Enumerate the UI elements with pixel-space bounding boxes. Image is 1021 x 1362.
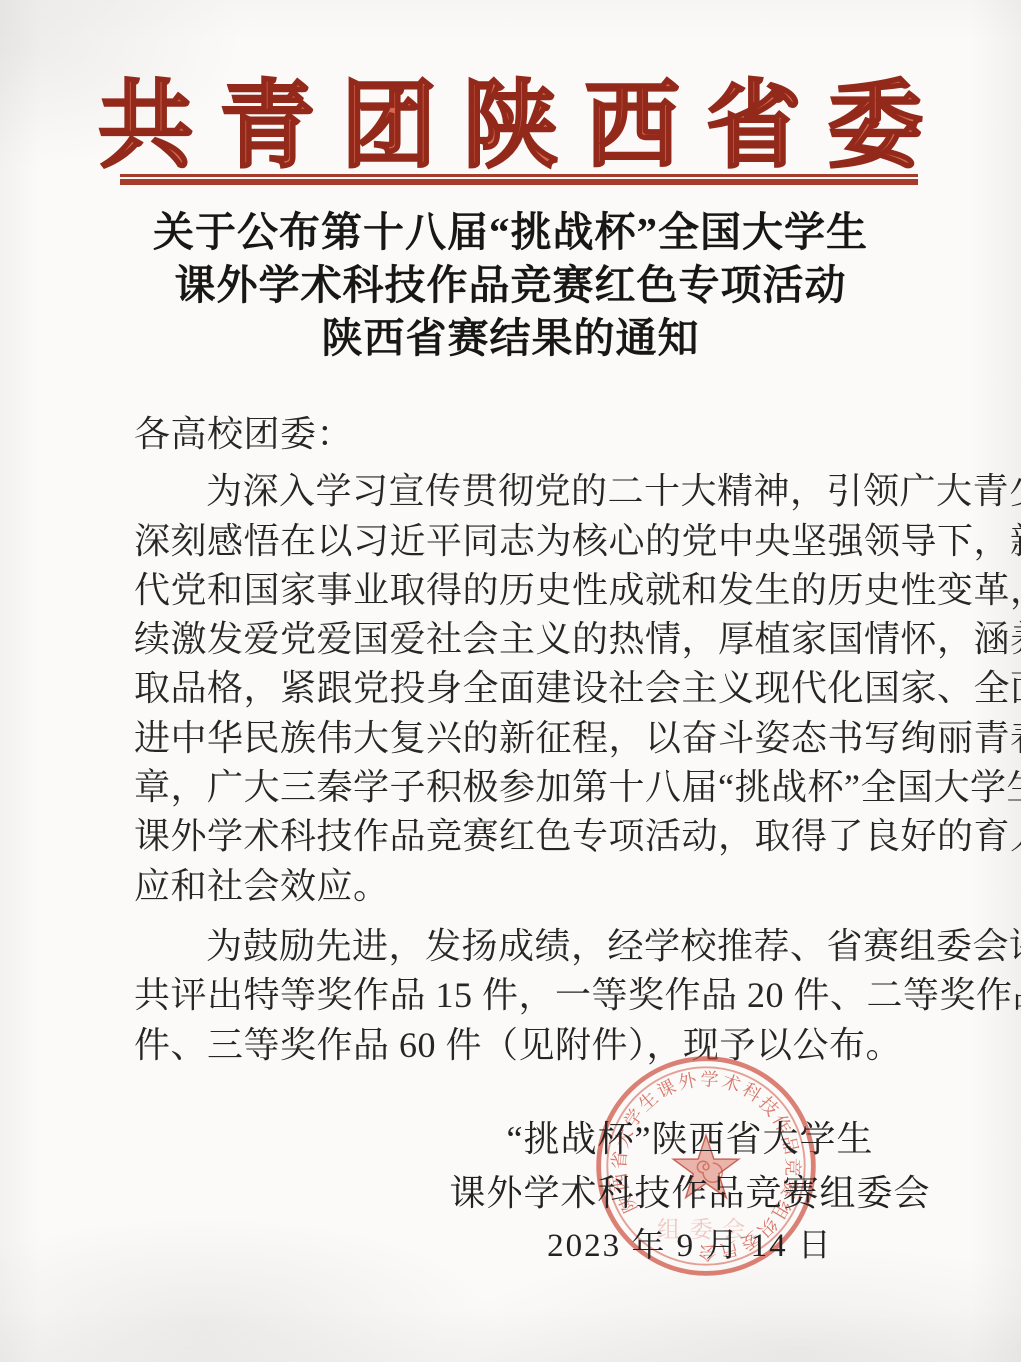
paragraph1-line: 代党和国家事业取得的历史性成就和发生的历史性变革，持: [134, 566, 919, 615]
paragraph1-line: 续激发爱党爱国爱社会主义的热情，厚植家国情怀，涵养进: [134, 615, 919, 664]
document-title: 关于公布第十八届“挑战杯”全国大学生 课外学术科技作品竞赛红色专项活动 陕西省赛…: [0, 206, 1021, 365]
paragraph1-line: 深刻感悟在以习近平同志为核心的党中央坚强领导下，新时: [134, 517, 919, 566]
paragraph2-line: 共评出特等奖作品 15 件，一等奖作品 20 件、二等奖作品 30: [134, 971, 919, 1020]
signature-block: “挑战杯”陕西省大学生 课外学术科技作品竞赛组委会 2023 年 9 月 14 …: [380, 1112, 1000, 1270]
paragraph2-line: 为鼓励先进，发扬成绩，经学校推荐、省赛组委会评选，: [134, 922, 919, 971]
letterhead-separator-rule: [120, 174, 918, 185]
paragraph1-line: 取品格，紧跟党投身全面建设社会主义现代化国家、全面推: [134, 664, 919, 713]
salutation: 各高校团委：: [134, 410, 919, 459]
paragraph1-line: 应和社会效应。: [134, 862, 919, 911]
letterhead-org-name: 共青团陕西省委: [0, 76, 1021, 176]
document-title-line-3: 陕西省赛结果的通知: [0, 312, 1021, 365]
document-body: 各高校团委： 为深入学习宣传贯彻党的二十大精神，引领广大青少年 深刻感悟在以习近…: [134, 410, 919, 1070]
document-title-line-1: 关于公布第十八届“挑战杯”全国大学生: [0, 206, 1021, 259]
scanned-document-page: 共青团陕西省委 关于公布第十八届“挑战杯”全国大学生 课外学术科技作品竞赛红色专…: [0, 0, 1021, 1362]
paragraph1-line: 章，广大三秦学子积极参加第十八届“挑战杯”全国大学生: [134, 763, 919, 812]
document-title-line-2: 课外学术科技作品竞赛红色专项活动: [0, 259, 1021, 312]
signature-org-line-2: 课外学术科技作品竞赛组委会: [380, 1166, 1000, 1220]
signature-date: 2023 年 9 月 14 日: [380, 1222, 1000, 1270]
signature-org-line-1: “挑战杯”陕西省大学生: [380, 1112, 1000, 1166]
paragraph1-line: 为深入学习宣传贯彻党的二十大精神，引领广大青少年: [134, 467, 919, 516]
paragraph1-line: 课外学术科技作品竞赛红色专项活动，取得了良好的育人效: [134, 812, 919, 861]
paragraph1-line: 进中华民族伟大复兴的新征程，以奋斗姿态书写绚丽青春篇: [134, 714, 919, 763]
